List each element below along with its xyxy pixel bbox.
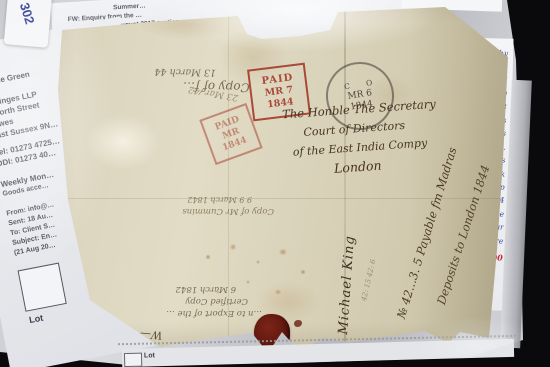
lot-tag-sticker: 302 [4,0,53,48]
docket-line: 6 March 1842 [136,283,236,295]
lot-tag-number: 302 [17,1,38,26]
docket-line: Certified Copy [136,295,248,307]
upside-down-docket-bottom: …n to Export of the … Certified Copy 6 M… [136,283,262,319]
upside-down-docket-middle: Copy of Mr Cummins 9 9 March 1842 [142,194,274,217]
upside-down-docket-top: Copy of f… 13 March 44 [78,43,251,96]
lot-number-box [18,263,67,312]
photo-of-auction-lot-letter: Summer… FW: Enquiry from the … …day 21st… [0,0,550,367]
docket-line: 13 March 44 [78,63,216,78]
address-panel: The Honble The Secretary Court of Direct… [282,91,497,182]
lot-box-label: Lot [144,352,155,359]
lot-number-box [124,353,142,367]
docket-line: Copy of Mr Cummins [142,205,274,217]
docket-line: 9 9 March 1842 [142,194,252,205]
1844-entire-letter: Copy of f… 13 March 44 23 Mar /42 PAID M… [38,2,513,358]
docket-line: …n to Export of the … [136,307,262,319]
